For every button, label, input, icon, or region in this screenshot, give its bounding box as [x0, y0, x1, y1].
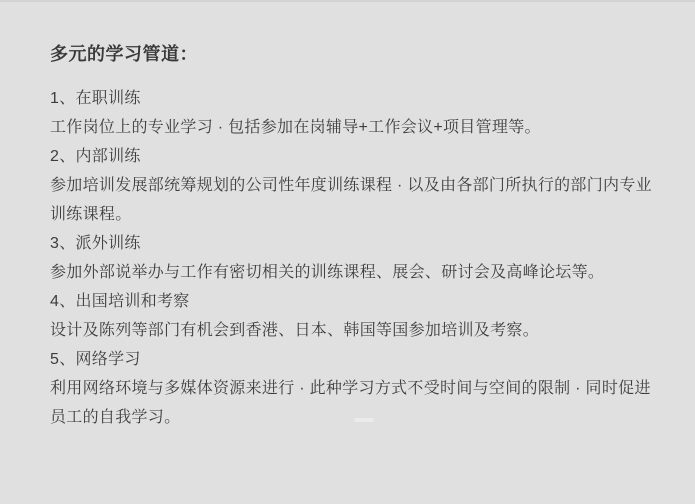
section-2-line-1: 参加培训发展部统筹规划的公司性年度训练课程 · 以及由各部门所执行的部门内专业: [50, 171, 670, 200]
section-4-title: 4、出国培训和考察: [50, 287, 670, 316]
section-5-line-1: 利用网络环境与多媒体资源来进行 · 此种学习方式不受时间与空间的限制 · 同时促…: [50, 374, 670, 403]
watermark-artifact: [354, 418, 374, 422]
document-heading: 多元的学习管道：: [50, 44, 670, 64]
section-2-line-2: 训练课程。: [50, 200, 670, 229]
document-content: 多元的学习管道： 1、在职训练 工作岗位上的专业学习 · 包括参加在岗辅导+工作…: [50, 44, 670, 432]
section-5-title: 5、网络学习: [50, 345, 670, 374]
section-2-title: 2、内部训练: [50, 142, 670, 171]
section-1-line-1: 工作岗位上的专业学习 · 包括参加在岗辅导+工作会议+项目管理等。: [50, 113, 670, 142]
document-body: 1、在职训练 工作岗位上的专业学习 · 包括参加在岗辅导+工作会议+项目管理等。…: [50, 84, 670, 432]
section-3-title: 3、派外训练: [50, 229, 670, 258]
section-3-line-1: 参加外部说举办与工作有密切相关的训练课程、展会、研讨会及高峰论坛等。: [50, 258, 670, 287]
section-4-line-1: 设计及陈列等部门有机会到香港、日本、韩国等国参加培训及考察。: [50, 316, 670, 345]
section-1-title: 1、在职训练: [50, 84, 670, 113]
page: 多元的学习管道： 1、在职训练 工作岗位上的专业学习 · 包括参加在岗辅导+工作…: [0, 0, 695, 504]
